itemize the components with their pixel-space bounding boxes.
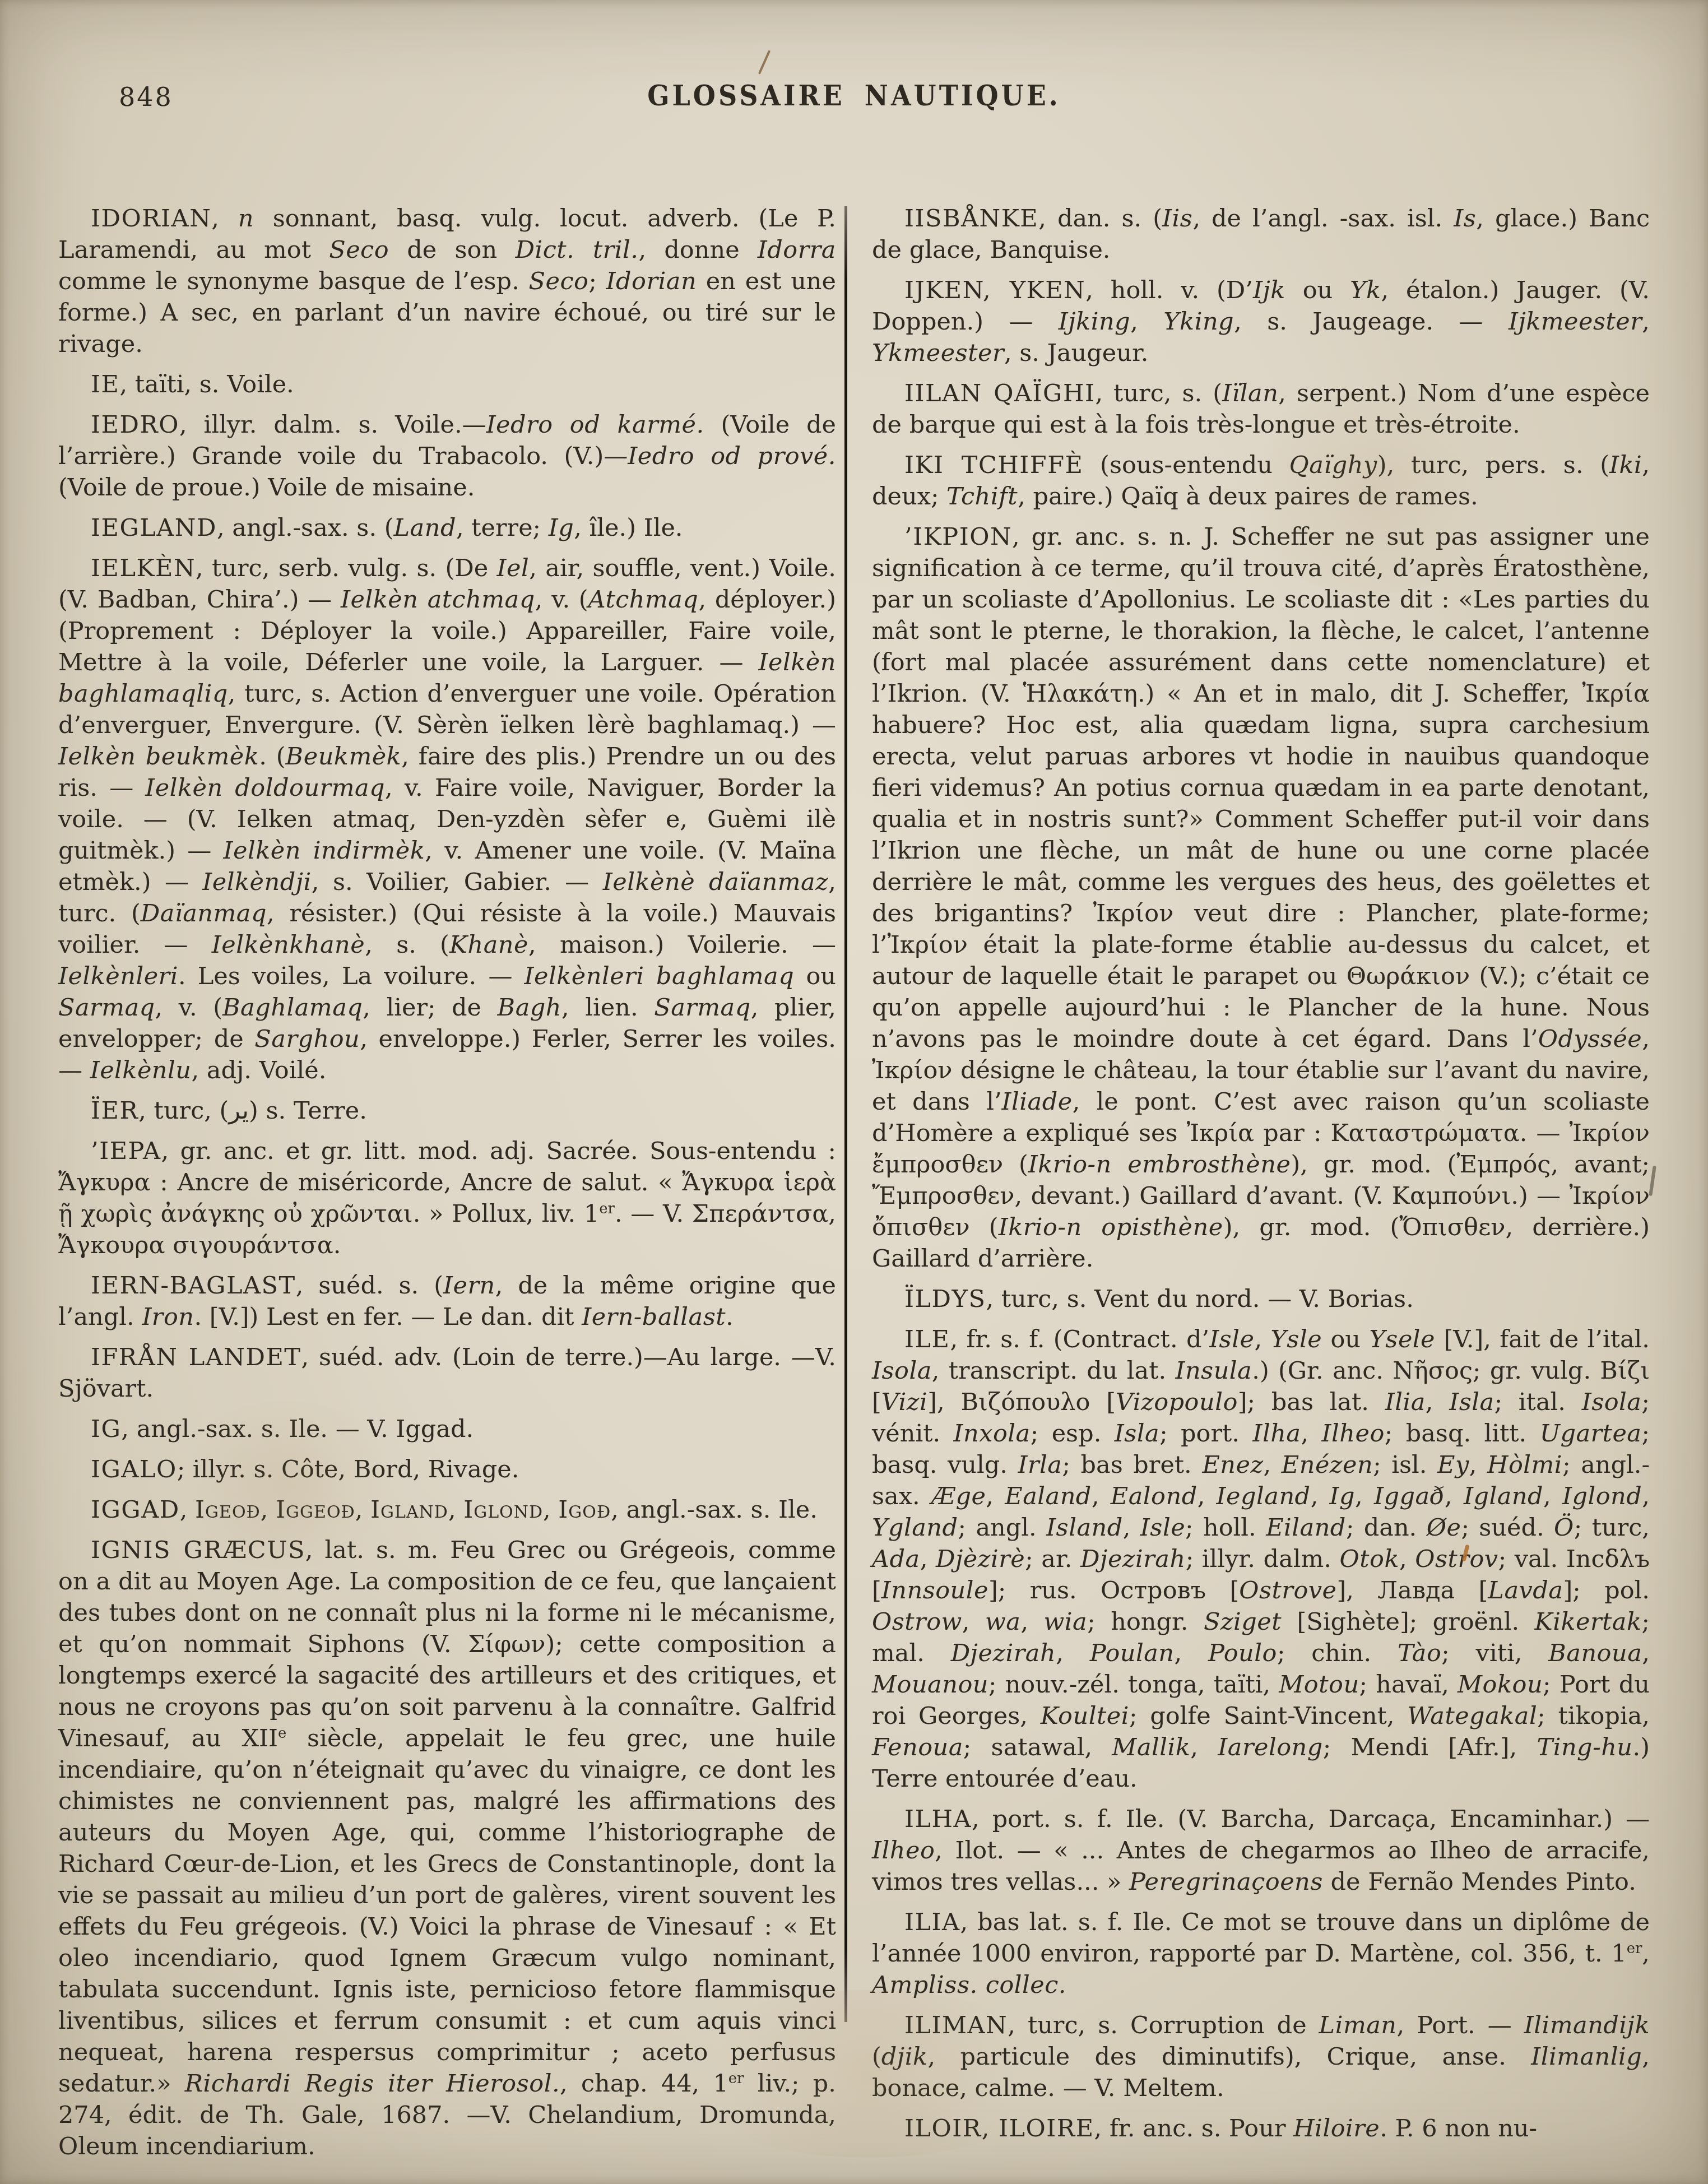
entry-body: , gr. anc. s. n. J. Scheffer ne sut pas … xyxy=(872,523,1650,1273)
margin-smudge-artifact xyxy=(1649,1166,1656,1196)
entry-headword: IE xyxy=(91,370,119,398)
column-divider-rule xyxy=(844,206,847,2022)
glossary-entry: IE, taïti, s. Voile. xyxy=(58,369,836,400)
running-head-title: GLOSSAIRE NAUTIQUE. xyxy=(0,80,1708,112)
glossary-entry: IILAN QAÏGHI, turc, s. (Iïlan, serpent.)… xyxy=(872,378,1650,440)
left-column: IDORIAN, n sonnant, basq. vulg. locut. a… xyxy=(58,203,836,2171)
glossary-entry: IELKÈN, turc, serb. vulg. s. (De Iel, ai… xyxy=(58,553,836,1086)
entry-headword: IELKÈN xyxy=(91,554,196,582)
foxing-stain xyxy=(1233,392,1513,594)
entry-headword: IEGLAND xyxy=(91,514,217,542)
entry-headword: IGGAD xyxy=(91,1496,180,1524)
entry-headword: ILE xyxy=(904,1325,950,1353)
foxing-stain xyxy=(168,1401,403,1569)
glossary-entry: IEGLAND, angl.-sax. s. (Land, terre; Ig,… xyxy=(58,512,836,544)
entry-headword: ÏLDYS xyxy=(904,1285,986,1313)
glossary-entry: IDORIAN, n sonnant, basq. vulg. locut. a… xyxy=(58,203,836,360)
entry-headword: IERN-BAGLAST xyxy=(91,1272,296,1300)
glossary-entry: IEDRO, illyr. dalm. s. Voile.—Iedro od k… xyxy=(58,409,836,503)
entry-headword: IFRÅN LANDET xyxy=(91,1343,301,1371)
entry-headword: IDORIAN xyxy=(91,205,211,233)
entry-headword: IEDRO xyxy=(91,411,179,439)
glossary-entry: ÏLDYS, turc, s. Vent du nord. — V. Boria… xyxy=(872,1283,1650,1315)
glossary-entry: ÏER, turc, (ير) s. Terre. xyxy=(58,1095,836,1126)
entry-headword: IGALO xyxy=(91,1455,177,1483)
entry-body: , port. s. f. Ile. (V. Barcha, Darcaça, … xyxy=(872,1805,1650,1896)
foxing-stain xyxy=(672,1990,1065,2158)
entry-headword: IKI TCHIFFÈ xyxy=(904,451,1083,479)
glossary-entry: ILHA, port. s. f. Ile. (V. Barcha, Darca… xyxy=(872,1803,1650,1898)
entry-headword: IJKEN, YKEN xyxy=(904,276,1085,304)
entry-body: , turc, serb. vulg. s. (De Iel, air, sou… xyxy=(58,554,836,1084)
glossary-entry: ’IEPA, gr. anc. et gr. litt. mod. adj. S… xyxy=(58,1135,836,1261)
entry-body: , taïti, s. Voile. xyxy=(119,370,294,398)
scanned-book-page: 848 GLOSSAIRE NAUTIQUE. IDORIAN, n sonna… xyxy=(0,0,1708,2184)
glossary-entry: IFRÅN LANDET, suéd. adv. (Loin de terre.… xyxy=(58,1342,836,1404)
glossary-entry: ILE, fr. s. f. (Contract. d’Isle, Ysle o… xyxy=(872,1324,1650,1795)
glossary-entry: IERN-BAGLAST, suéd. s. (Iern, de la même… xyxy=(58,1270,836,1333)
entry-body: , angl.-sax. s. (Land, terre; Ig, île.) … xyxy=(217,514,683,542)
entry-body: , turc, s. Vent du nord. — V. Borias. xyxy=(986,1285,1413,1313)
entry-headword: ÏER xyxy=(91,1097,138,1125)
entry-body: , fr. s. f. (Contract. d’Isle, Ysle ou Y… xyxy=(872,1325,1650,1793)
glossary-entry: IISBÅNKE, dan. s. (Iis, de l’angl. -sax.… xyxy=(872,203,1650,266)
entry-body: , fr. anc. s. Pour Hiloire. P. 6 non nu- xyxy=(1094,2115,1538,2143)
entry-body: , bas lat. s. f. Ile. Ce mot se trouve d… xyxy=(872,1908,1650,1999)
entry-headword: ’IKPION xyxy=(904,523,1012,551)
entry-headword: ILIA xyxy=(904,1908,960,1936)
glossary-entry: IJKEN, YKEN, holl. v. (D’Ijk ou Yk, étal… xyxy=(872,275,1650,369)
glossary-entry: ILIA, bas lat. s. f. Ile. Ce mot se trou… xyxy=(872,1907,1650,2001)
glossary-entry: ’IKPION, gr. anc. s. n. J. Scheffer ne s… xyxy=(872,521,1650,1274)
ink-stroke-artifact xyxy=(758,50,771,75)
entry-body: , gr. anc. et gr. litt. mod. adj. Sacrée… xyxy=(58,1137,836,1259)
entry-headword: IILAN QAÏGHI xyxy=(904,379,1095,407)
glossary-entry: IG, angl.-sax. s. Ile. — V. Iggad. xyxy=(58,1413,836,1445)
entry-headword: ILHA xyxy=(904,1805,972,1833)
entry-headword: IG xyxy=(91,1415,121,1443)
entry-headword: ’IEPA xyxy=(91,1137,161,1165)
entry-body: , turc, (ير) s. Terre. xyxy=(138,1097,367,1125)
entry-headword: IISBÅNKE xyxy=(904,205,1038,233)
